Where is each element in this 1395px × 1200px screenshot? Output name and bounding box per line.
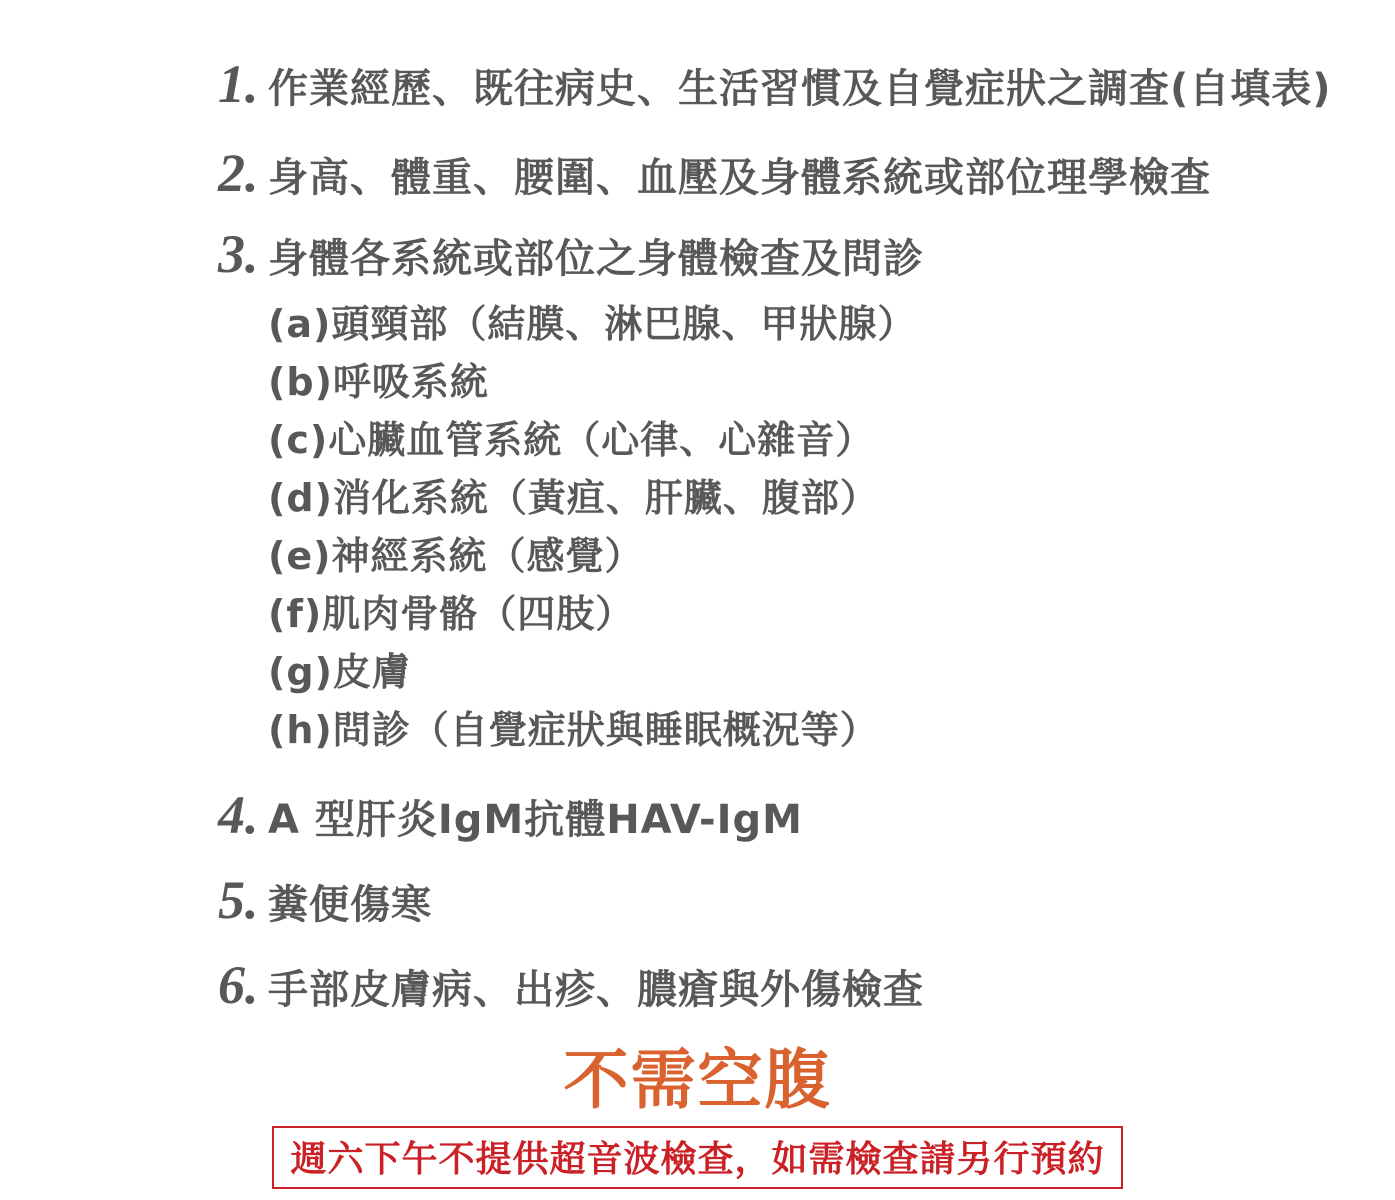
item-number: 6.	[218, 957, 268, 1013]
sub-item: (g)皮膚	[268, 643, 1395, 701]
item-number: 1.	[218, 56, 268, 112]
list-item: 2. 身高、體重、腰圍、血壓及身體系統或部位理學檢查	[218, 145, 1395, 206]
document-page: 1. 作業經歷、既往病史、生活習慣及自覺症狀之調查(自填表) 2. 身高、體重、…	[0, 0, 1395, 1200]
sub-item: (e)神經系統（感覺）	[268, 527, 1395, 585]
sub-item: (b)呼吸系統	[268, 353, 1395, 411]
list-item: 4. A 型肝炎IgM抗體HAV-IgM	[218, 787, 1395, 848]
fasting-notice-title: 不需空腹	[0, 1046, 1395, 1116]
sub-item: (c)心臟血管系統（心律、心雜音）	[268, 411, 1395, 469]
sub-item: (f)肌肉骨骼（四肢）	[268, 585, 1395, 643]
item-text: 手部皮膚病、出疹、膿瘡與外傷檢查	[268, 962, 924, 1018]
list-item: 6. 手部皮膚病、出疹、膿瘡與外傷檢查	[218, 957, 1395, 1018]
item-number: 3.	[218, 226, 268, 282]
item-text: 作業經歷、既往病史、生活習慣及自覺症狀之調查(自填表)	[268, 61, 1332, 117]
exam-item-list: 1. 作業經歷、既往病史、生活習慣及自覺症狀之調查(自填表) 2. 身高、體重、…	[0, 0, 1395, 1018]
item-text: 糞便傷寒	[268, 877, 432, 933]
sub-item: (d)消化系統（黃疸、肝臟、腹部）	[268, 469, 1395, 527]
list-item: 5. 糞便傷寒	[218, 872, 1395, 933]
item-text: A 型肝炎IgM抗體HAV-IgM	[268, 792, 803, 848]
item-number: 5.	[218, 872, 268, 928]
item-number: 4.	[218, 787, 268, 843]
list-item: 1. 作業經歷、既往病史、生活習慣及自覺症狀之調查(自填表)	[218, 56, 1395, 117]
item-text: 身高、體重、腰圍、血壓及身體系統或部位理學檢查	[268, 150, 1211, 206]
item-text: 身體各系統或部位之身體檢查及問診	[268, 231, 924, 287]
sub-item-list: (a)頭頸部（結膜、淋巴腺、甲狀腺） (b)呼吸系統 (c)心臟血管系統（心律、…	[218, 295, 1395, 759]
sub-item: (a)頭頸部（結膜、淋巴腺、甲狀腺）	[268, 295, 1395, 353]
item-number: 2.	[218, 145, 268, 201]
ultrasound-notice-text: 週六下午不提供超音波檢查，如需檢查請另行預約	[290, 1139, 1104, 1180]
list-item: 3. 身體各系統或部位之身體檢查及問診	[218, 226, 1395, 287]
sub-item: (h)問診（自覺症狀與睡眠概況等）	[268, 701, 1395, 759]
ultrasound-notice-box: 週六下午不提供超音波檢查，如需檢查請另行預約	[272, 1126, 1123, 1189]
